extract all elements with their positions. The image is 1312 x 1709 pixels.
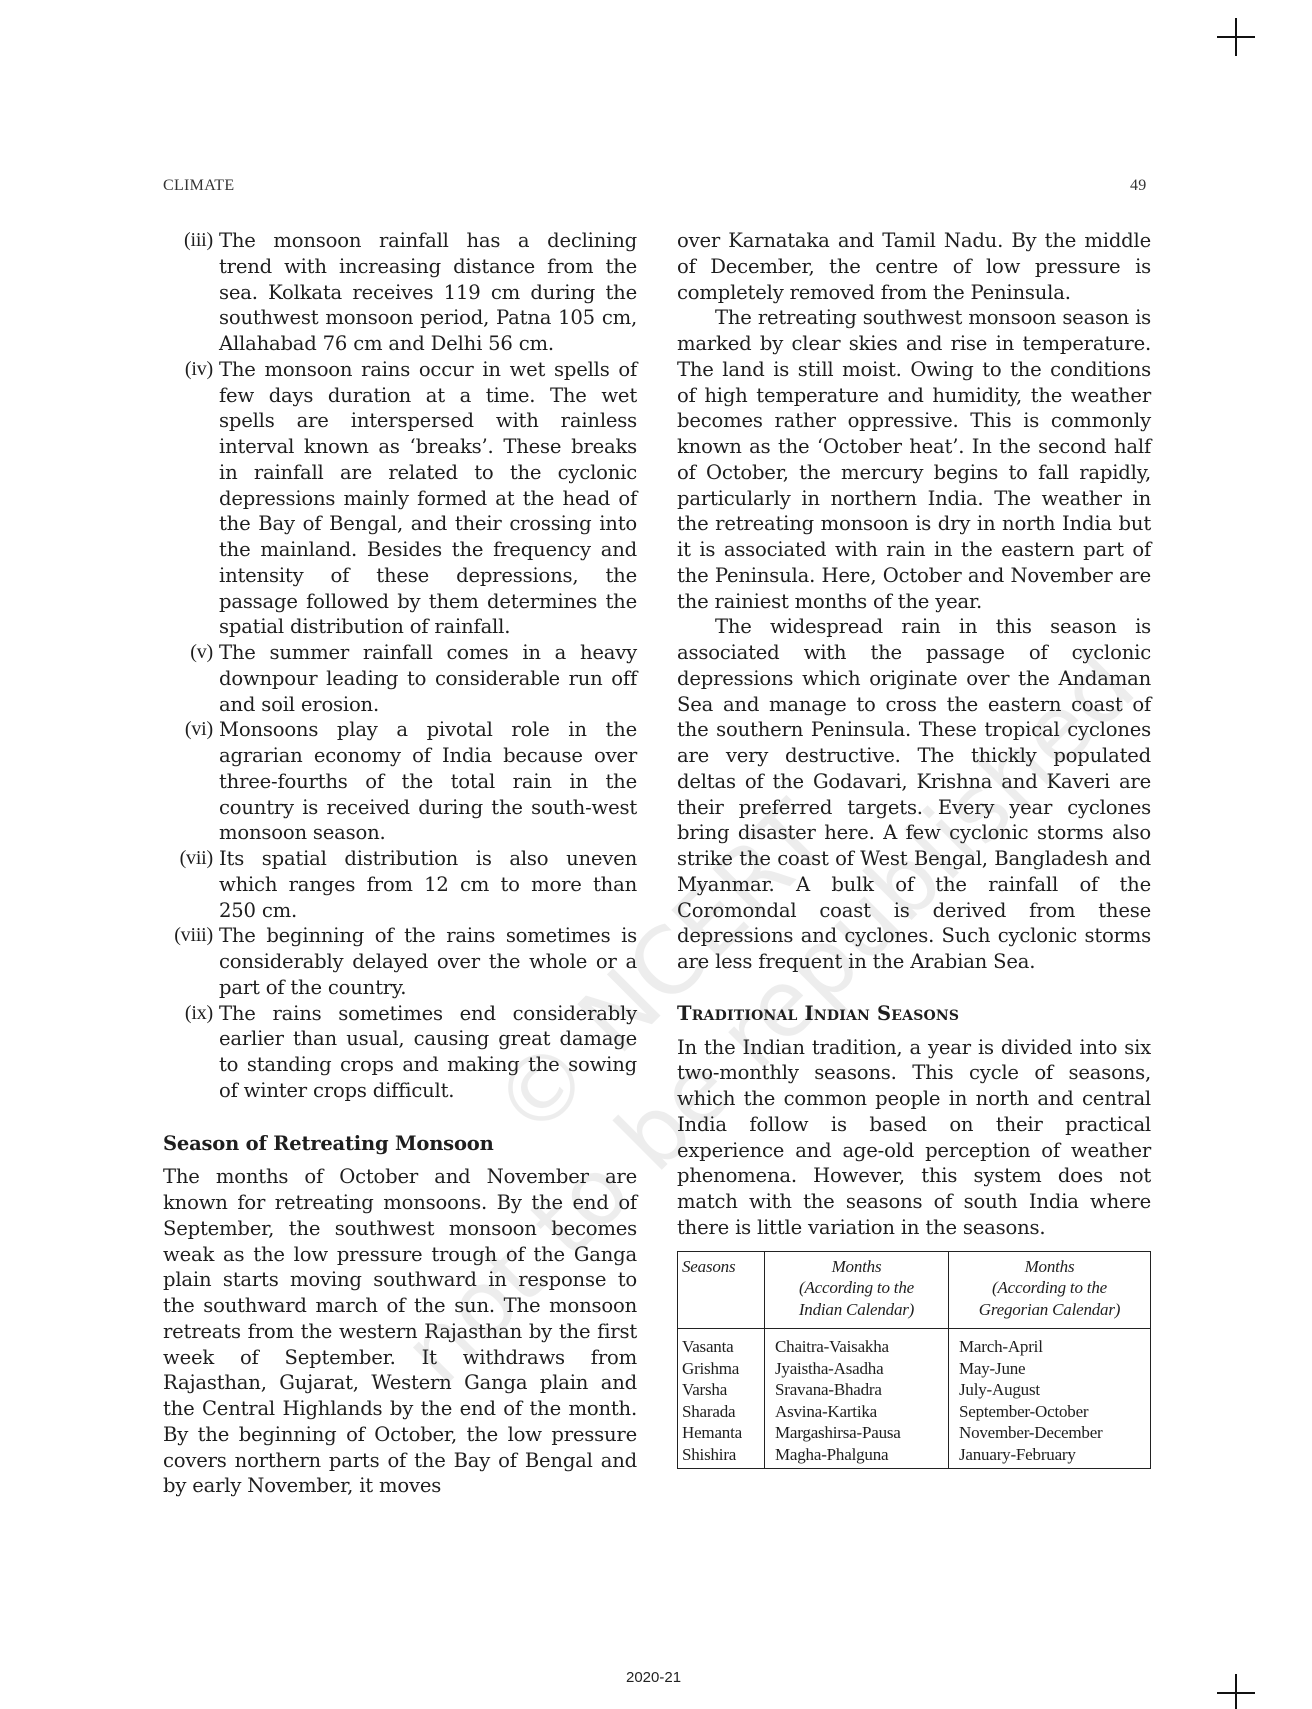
list-number: (vii) — [163, 846, 213, 872]
table-header-seasons: Seasons — [678, 1251, 765, 1329]
list-text: The monsoon rainfall has a declining tre… — [219, 229, 637, 355]
gregorian-months-cell: March-April — [949, 1329, 1151, 1358]
table-row: Varsha Sravana-Bhadra July-August — [678, 1379, 1151, 1401]
gregorian-months-cell: November-December — [949, 1422, 1151, 1444]
indian-months-cell: Jyaistha-Asadha — [765, 1358, 949, 1380]
crop-mark-icon — [1217, 18, 1255, 56]
list-number: (ix) — [163, 1001, 213, 1027]
section-heading-retreating-monsoon: Season of Retreating Monsoon — [163, 1131, 637, 1157]
table-row: Shishira Magha-Phalguna January-February — [678, 1444, 1151, 1469]
gregorian-months-cell: January-February — [949, 1444, 1151, 1469]
list-item: (iii) The monsoon rainfall has a declini… — [163, 228, 637, 357]
list-text: Its spatial distribution is also uneven … — [219, 847, 637, 922]
season-cell: Hemanta — [678, 1422, 765, 1444]
page-number: 49 — [1130, 177, 1147, 195]
list-text: Monsoons play a pivotal role in the agra… — [219, 718, 637, 844]
gregorian-months-cell: September-October — [949, 1401, 1151, 1423]
table-row: Sharada Asvina-Kartika September-October — [678, 1401, 1151, 1423]
list-item: (ix) The rains sometimes end considerabl… — [163, 1001, 637, 1104]
indian-months-cell: Chaitra-Vaisakha — [765, 1329, 949, 1358]
section-heading-traditional-seasons: Traditional Indian Seasons — [677, 1001, 1151, 1027]
gregorian-months-cell: July-August — [949, 1379, 1151, 1401]
table-row: Hemanta Margashirsa-Pausa November-Decem… — [678, 1422, 1151, 1444]
season-cell: Shishira — [678, 1444, 765, 1469]
list-text: The rains sometimes end considerably ear… — [219, 1002, 637, 1102]
list-text: The monsoon rains occur in wet spells of… — [219, 358, 637, 639]
list-number: (iv) — [163, 357, 213, 383]
gregorian-months-cell: May-June — [949, 1358, 1151, 1380]
list-text: The summer rainfall comes in a heavy dow… — [219, 641, 637, 716]
list-item: (v) The summer rainfall comes in a heavy… — [163, 640, 637, 717]
list-number: (viii) — [163, 923, 213, 949]
indian-months-cell: Margashirsa-Pausa — [765, 1422, 949, 1444]
paragraph: In the Indian tradition, a year is divid… — [677, 1035, 1151, 1241]
paragraph: The retreating southwest monsoon season … — [677, 305, 1151, 614]
list-number: (iii) — [163, 228, 213, 254]
left-column: (iii) The monsoon rainfall has a declini… — [163, 228, 637, 1499]
list-number: (vi) — [163, 717, 213, 743]
list-item: (iv) The monsoon rains occur in wet spel… — [163, 357, 637, 640]
crop-mark-icon — [1217, 1674, 1255, 1709]
list-item: (viii) The beginning of the rains someti… — [163, 923, 637, 1000]
paragraph: The widespread rain in this season is as… — [677, 614, 1151, 975]
list-item: (vi) Monsoons play a pivotal role in the… — [163, 717, 637, 846]
season-cell: Vasanta — [678, 1329, 765, 1358]
list-item: (vii) Its spatial distribution is also u… — [163, 846, 637, 923]
season-cell: Grishma — [678, 1358, 765, 1380]
season-cell: Sharada — [678, 1401, 765, 1423]
table-header-row: Seasons Months (According to the Indian … — [678, 1251, 1151, 1329]
season-cell: Varsha — [678, 1379, 765, 1401]
footer-year: 2020-21 — [626, 1669, 681, 1686]
paragraph: The months of October and November are k… — [163, 1164, 637, 1499]
chapter-title: CLIMATE — [163, 177, 234, 195]
table-row: Vasanta Chaitra-Vaisakha March-April — [678, 1329, 1151, 1358]
table-header-indian-months: Months (According to the Indian Calendar… — [765, 1251, 949, 1329]
right-column: over Karnataka and Tamil Nadu. By the mi… — [677, 228, 1151, 1469]
list-text: The beginning of the rains sometimes is … — [219, 924, 637, 999]
indian-months-cell: Sravana-Bhadra — [765, 1379, 949, 1401]
paragraph: over Karnataka and Tamil Nadu. By the mi… — [677, 228, 1151, 305]
table-row: Grishma Jyaistha-Asadha May-June — [678, 1358, 1151, 1380]
indian-months-cell: Asvina-Kartika — [765, 1401, 949, 1423]
indian-months-cell: Magha-Phalguna — [765, 1444, 949, 1469]
table-header-gregorian-months: Months (According to the Gregorian Calen… — [949, 1251, 1151, 1329]
list-number: (v) — [163, 640, 213, 666]
seasons-table: Seasons Months (According to the Indian … — [677, 1251, 1151, 1470]
